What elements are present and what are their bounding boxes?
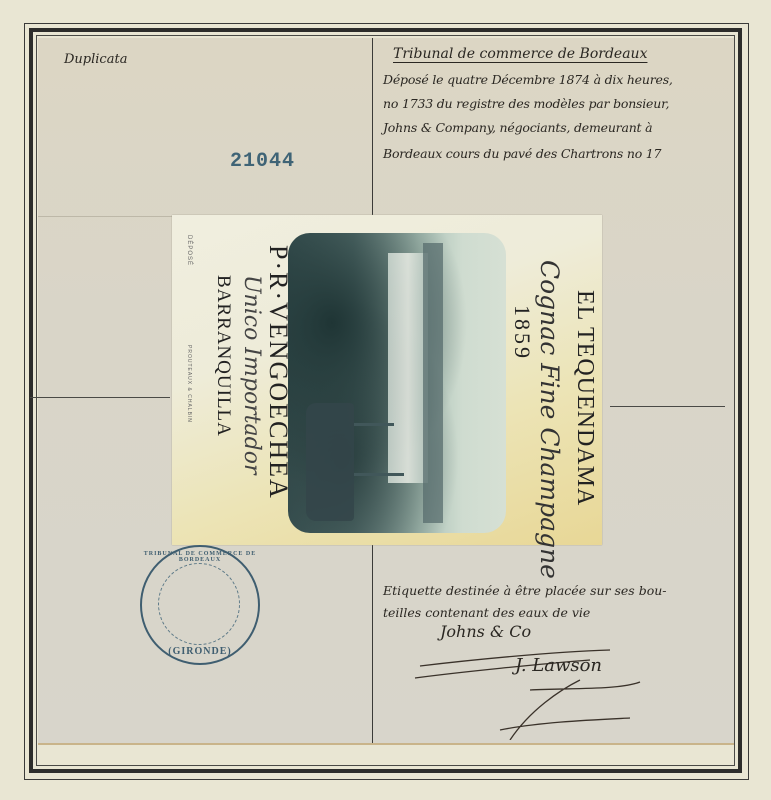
left-ruled-line	[30, 397, 170, 398]
registry-line-2: no 1733 du registre des modèles par bons…	[383, 96, 669, 111]
stamp-top-text: TRIBUNAL DE COMMERCE DE BORDEAUX	[142, 551, 258, 563]
footer-note-line-1: Etiquette destinée à être placée sur ses…	[383, 583, 667, 598]
signature-lawson: J. Lawson	[515, 655, 602, 676]
registry-line-4: Bordeaux cours du pavé des Chartrons no …	[383, 146, 661, 161]
waterfall-shape	[388, 253, 428, 483]
footer-note-line-2: teilles contenant des eaux de vie	[383, 605, 590, 620]
signature-flourish	[390, 630, 650, 740]
printer-mark: PROUTEAUX & CHALBIN	[186, 345, 192, 423]
boat-mast	[354, 423, 394, 426]
brand-name: EL TEQUENDAMA	[571, 290, 598, 506]
importer-role: Unico Importador	[239, 275, 264, 475]
tribunal-stamp: TRIBUNAL DE COMMERCE DE BORDEAUX (GIROND…	[140, 545, 260, 665]
waterfall-engraving-image	[288, 233, 506, 533]
duplicata-note: Duplicata	[64, 52, 127, 67]
city-name: BARRANQUILLA	[212, 275, 234, 437]
right-ruled-line	[610, 406, 725, 407]
vintage-year: 1859	[509, 305, 535, 361]
steamboat-shape	[306, 403, 354, 521]
depose-mark: DÉPOSÉ	[186, 235, 192, 266]
registry-header: Tribunal de commerce de Bordeaux	[393, 46, 647, 62]
registry-line-1: Déposé le quatre Décembre 1874 à dix heu…	[383, 72, 673, 87]
stamp-bottom-text: (GIRONDE)	[142, 646, 258, 657]
stamp-emblem	[158, 563, 240, 645]
cliff-shape	[423, 243, 443, 523]
registration-number: 21044	[230, 150, 295, 173]
product-name: Cognac Fine Champagne	[535, 260, 564, 579]
cognac-label: DÉPOSÉ PROUTEAUX & CHALBIN P·R·VENGOECHE…	[172, 215, 602, 545]
registry-line-3: Johns & Company, négociants, demeurant à	[383, 120, 652, 135]
boat-mast	[354, 473, 404, 476]
